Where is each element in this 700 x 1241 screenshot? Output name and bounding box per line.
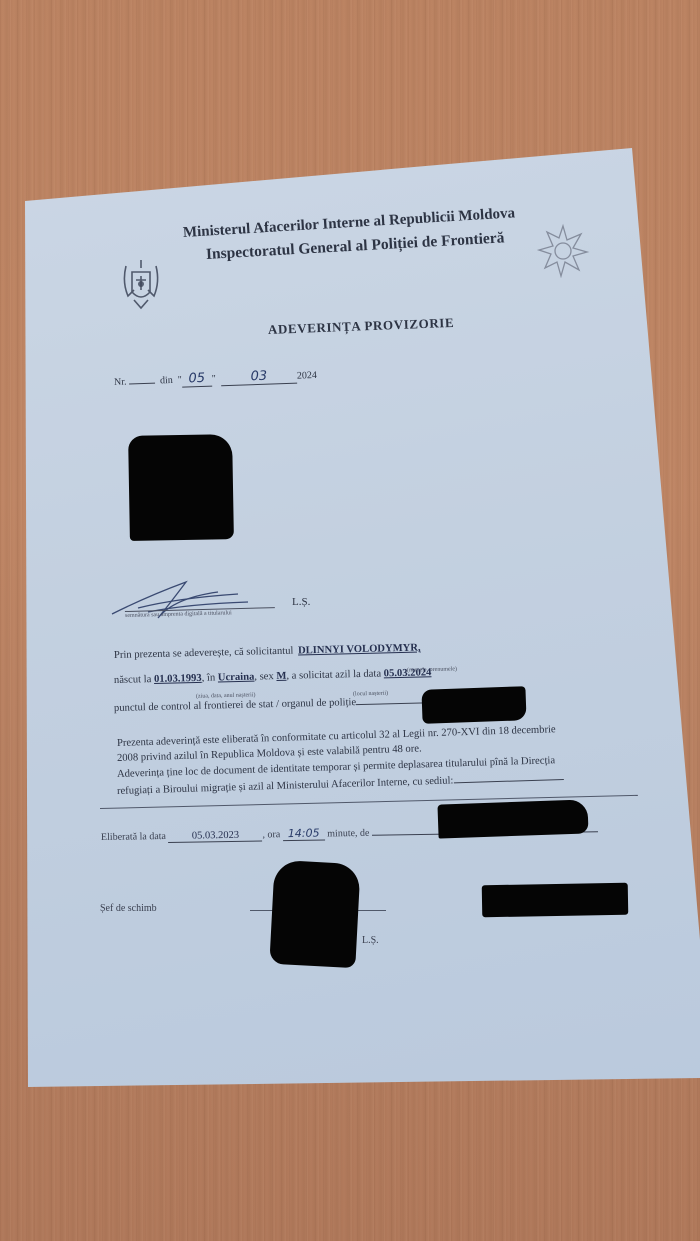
redacted-issuer [437,799,588,838]
border-police-star-emblem-icon [535,222,591,278]
asylum-date: 05.03.2024 [384,667,432,679]
month-field: 03 [221,368,298,387]
asylum-label: , a solicitat azil la data [286,668,381,681]
ora-label: , ora [262,829,280,840]
nr-field [129,383,155,385]
issued-date: 05.03.2023 [168,829,262,842]
issued-label: Eliberată la data [101,831,166,843]
born-label: născut la [114,674,152,686]
redacted-shift-chief-signature [269,860,360,968]
shift-chief-label: Șef de schimb [100,903,157,914]
headquarters-field [453,779,563,783]
issued-time: 14:05 [283,826,325,841]
redacted-checkpoint [421,686,526,724]
year-field: 2024 [297,370,317,382]
minute-label: minute, de [327,828,369,840]
day-field: 05 [182,371,213,388]
din-label: din [160,375,173,386]
moldova-coat-of-arms-icon [118,256,164,314]
birth-place: Ucraina [218,672,255,684]
redacted-photo [128,434,234,541]
redacted-shift-chief-name [482,883,629,918]
birth-date: 01.03.1993 [154,673,202,685]
nr-label: Nr. [114,377,127,388]
shift-chief-ls-label: L.Ș. [362,935,379,946]
ls-stamp-label: L.Ș. [292,596,310,608]
in-label: , în [202,673,216,684]
certificate-paper [0,0,700,1241]
sex-label: , sex [254,671,274,682]
